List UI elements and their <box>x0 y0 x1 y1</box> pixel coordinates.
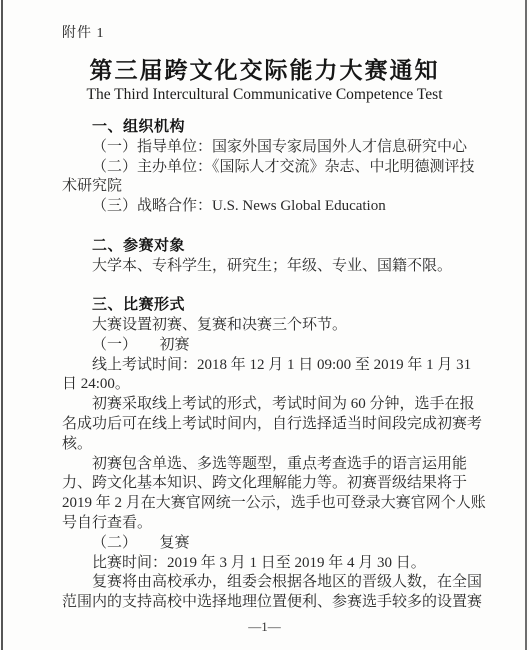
document-page: 附件 1 第三届跨文化交际能力大赛通知 The Third Intercultu… <box>0 0 529 650</box>
body-line: 一、组织机构 <box>62 118 470 138</box>
body-line: 复赛将由高校承办，组委会根据各地区的晋级人数，在全国 <box>62 573 470 593</box>
body-line: （二）主办单位：《国际人才交流》杂志、中北明德测评技 <box>62 158 470 178</box>
body-line: 核。 <box>62 435 470 455</box>
body-line: （二） 复赛 <box>62 534 470 554</box>
body-line: 比赛时间：2019 年 3 月 1 日至 2019 年 4 月 30 日。 <box>62 554 470 574</box>
body-line <box>62 217 470 237</box>
body-line: 大学本、专科学生，研究生；年级、专业、国籍不限。 <box>62 257 470 277</box>
body-line: 号自行查看。 <box>62 514 470 534</box>
body-line: （三）战略合作：U.S. News Global Education <box>62 197 470 217</box>
body-line <box>62 276 470 296</box>
page-number: —1— <box>0 619 529 635</box>
body-line: （一）指导单位：国家外国专家局国外人才信息研究中心 <box>62 138 470 158</box>
body-line: （一） 初赛 <box>62 336 470 356</box>
attachment-label: 附件 1 <box>62 22 105 42</box>
body-line: 大赛设置初赛、复赛和决赛三个环节。 <box>62 316 470 336</box>
body-line: 术研究院 <box>62 177 470 197</box>
body-line: 三、比赛形式 <box>62 296 470 316</box>
document-title: 第三届跨文化交际能力大赛通知 <box>0 52 529 85</box>
document-subtitle: The Third Intercultural Communicative Co… <box>0 86 529 104</box>
document-body: 一、组织机构（一）指导单位：国家外国专家局国外人才信息研究中心（二）主办单位：《… <box>62 118 470 613</box>
body-line: 二、参赛对象 <box>62 237 470 257</box>
body-line: 初赛采取线上考试的形式，考试时间为 60 分钟，选手在报 <box>62 395 470 415</box>
body-line: 日 24:00。 <box>62 375 470 395</box>
body-line: 线上考试时间：2018 年 12 月 1 日 09:00 至 2019 年 1 … <box>62 356 470 376</box>
body-line: 名成功后可在线上考试时间内，自行选择适当时间段完成初赛考 <box>62 415 470 435</box>
body-line: 初赛包含单选、多选等题型，重点考查选手的语言运用能 <box>62 455 470 475</box>
body-line: 力、跨文化基本知识、跨文化理解能力等。初赛晋级结果将于 <box>62 474 470 494</box>
body-line: 2019 年 2 月在大赛官网统一公示，选手也可登录大赛官网个人账 <box>62 494 470 514</box>
body-line: 范围内的支持高校中选择地理位置便利、参赛选手较多的设置赛 <box>62 593 470 613</box>
